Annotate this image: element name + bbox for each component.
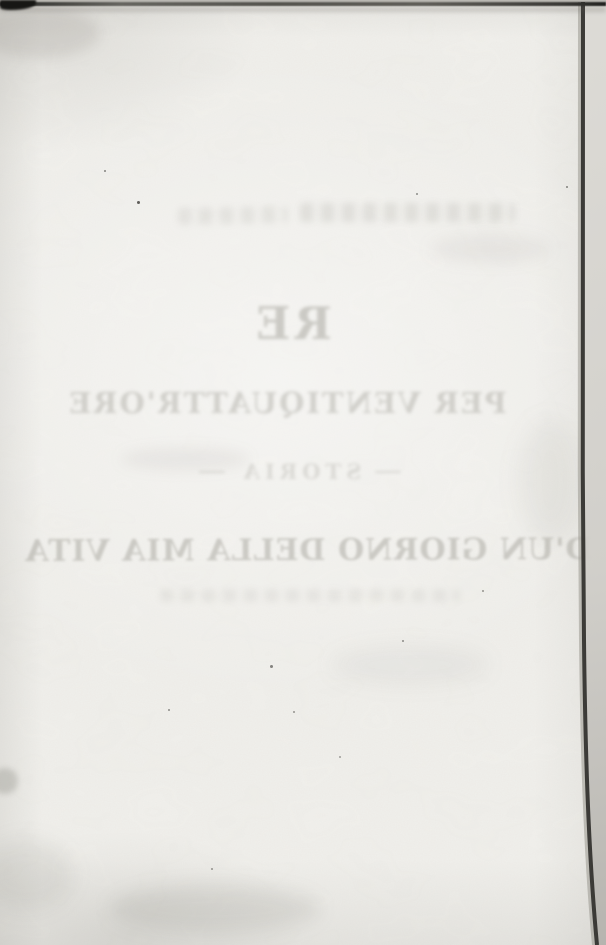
scan-top-edge-shadow: [0, 7, 606, 12]
scan-top-edge-line: [0, 2, 606, 6]
scanned-page: RE PER VENTIQUATTR'ORE STORIA D'UN GIORN…: [0, 0, 606, 945]
page-edge-graphic: [0, 0, 606, 945]
